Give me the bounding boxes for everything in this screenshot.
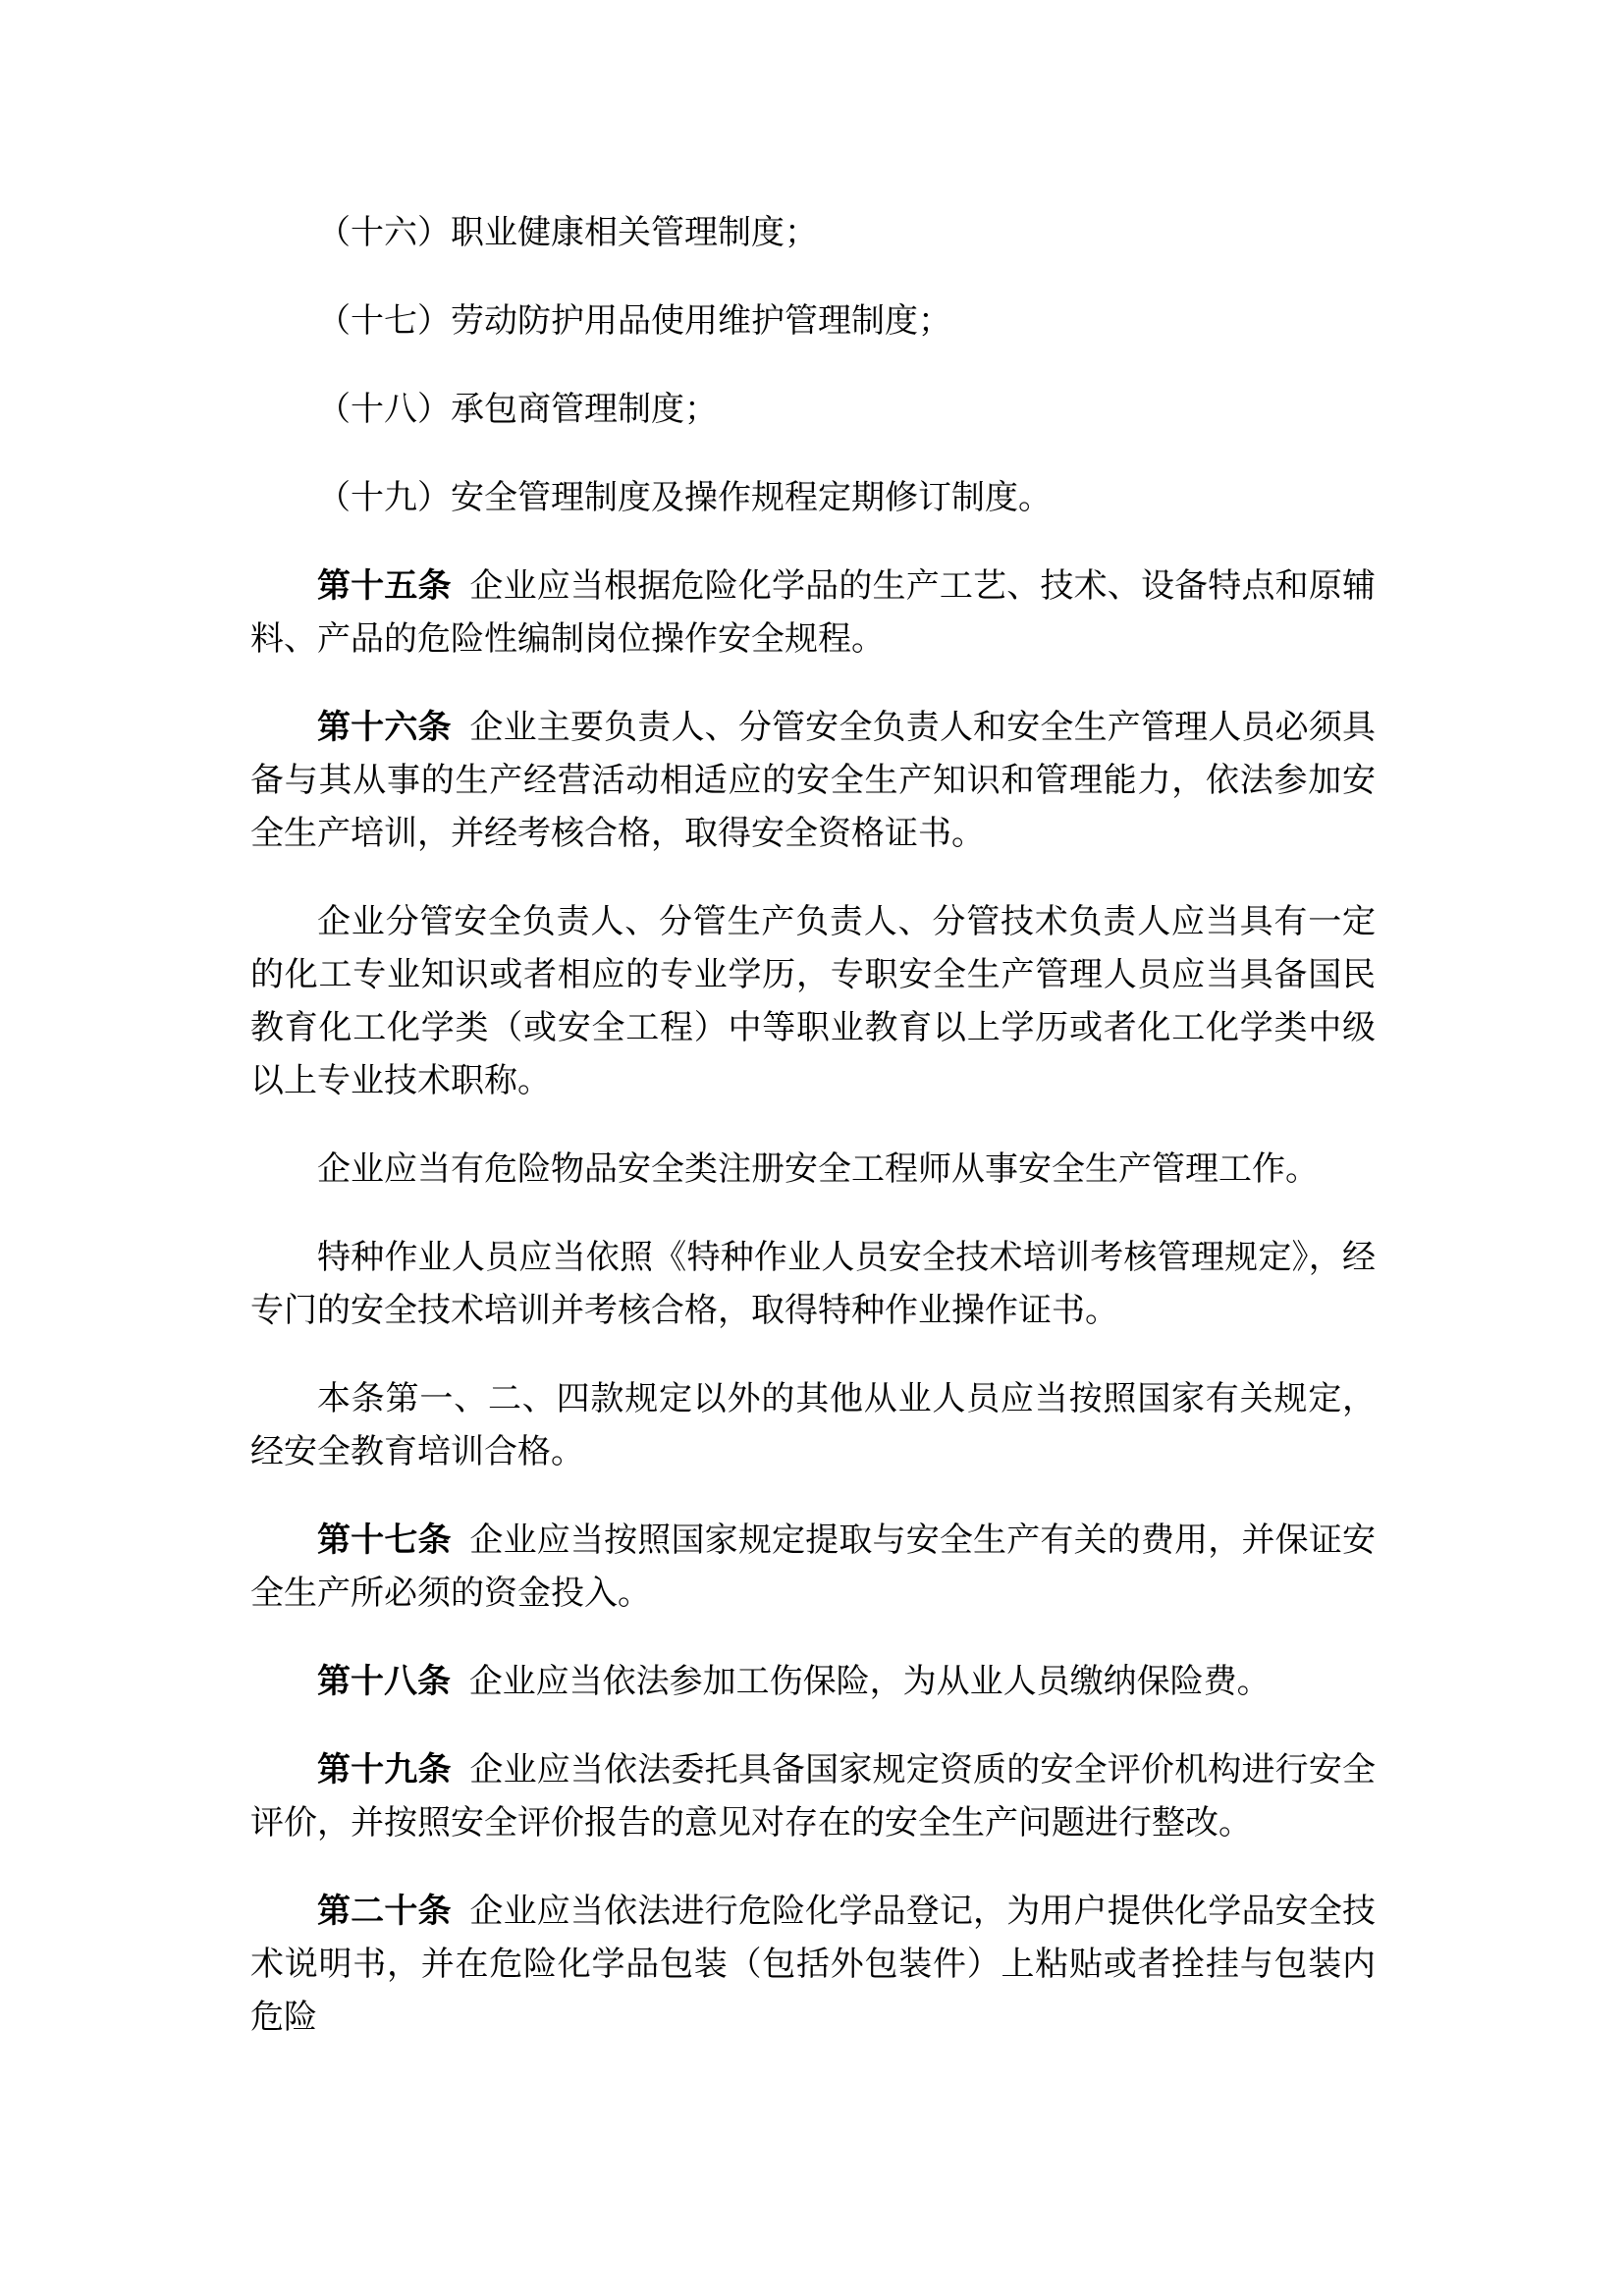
list-item-18: （十八）承包商管理制度；: [250, 383, 1376, 436]
body-paragraph-other-employees: 本条第一、二、四款规定以外的其他从业人员应当按照国家有关规定，经安全教育培训合格…: [250, 1372, 1376, 1478]
article-number-19: 第十九条: [317, 1750, 452, 1789]
list-item-19: （十九）安全管理制度及操作规程定期修订制度。: [250, 471, 1376, 524]
article-paragraph-18: 第十八条企业应当依法参加工伤保险，为从业人员缴纳保险费。: [250, 1655, 1376, 1708]
article-number-18: 第十八条: [317, 1662, 451, 1701]
body-paragraph-special-operations: 特种作业人员应当依照《特种作业人员安全技术培训考核管理规定》，经专门的安全技术培…: [250, 1231, 1376, 1337]
article-paragraph-15: 第十五条企业应当根据危险化学品的生产工艺、技术、设备特点和原辅料、产品的危险性编…: [250, 560, 1376, 666]
article-text-18: 企业应当依法参加工伤保险，为从业人员缴纳保险费。: [469, 1662, 1271, 1701]
document-content: （十六）职业健康相关管理制度； （十七）劳动防护用品使用维护管理制度； （十八）…: [250, 206, 1376, 2044]
list-item-17: （十七）劳动防护用品使用维护管理制度；: [250, 294, 1376, 347]
article-number-17: 第十七条: [317, 1521, 452, 1560]
article-paragraph-20: 第二十条企业应当依法进行危险化学品登记，为用户提供化学品安全技术说明书，并在危险…: [250, 1885, 1376, 2044]
body-paragraph-qualifications: 企业分管安全负责人、分管生产负责人、分管技术负责人应当具有一定的化工专业知识或者…: [250, 895, 1376, 1107]
article-paragraph-16: 第十六条企业主要负责人、分管安全负责人和安全生产管理人员必须具备与其从事的生产经…: [250, 701, 1376, 860]
article-number-16: 第十六条: [317, 708, 452, 747]
article-paragraph-17: 第十七条企业应当按照国家规定提取与安全生产有关的费用，并保证安全生产所必须的资金…: [250, 1514, 1376, 1620]
list-item-16: （十六）职业健康相关管理制度；: [250, 206, 1376, 259]
article-paragraph-19: 第十九条企业应当依法委托具备国家规定资质的安全评价机构进行安全评价，并按照安全评…: [250, 1743, 1376, 1849]
body-paragraph-registered-engineer: 企业应当有危险物品安全类注册安全工程师从事安全生产管理工作。: [250, 1143, 1376, 1196]
document-page: （十六）职业健康相关管理制度； （十七）劳动防护用品使用维护管理制度； （十八）…: [0, 0, 1624, 2296]
article-number-15: 第十五条: [317, 566, 452, 606]
article-number-20: 第二十条: [317, 1892, 452, 1931]
